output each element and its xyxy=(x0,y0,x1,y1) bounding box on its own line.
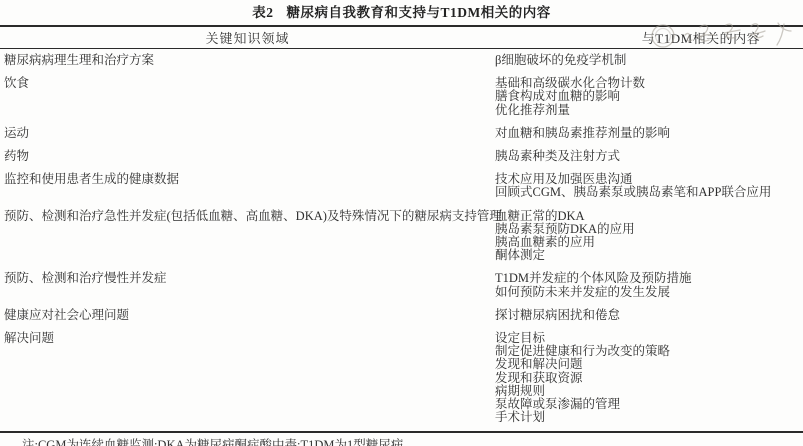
content-cell: β细胞破坏的免疫学机制 xyxy=(495,54,803,67)
table-row: 解决问题 设定目标 制定促进健康和行为改变的策略 发现和解决问题 发现和获取资源… xyxy=(0,322,803,424)
table-row: 糖尿病病理生理和治疗方案 β细胞破坏的免疫学机制 xyxy=(0,49,803,67)
content-cell: T1DM并发症的个体风险及预防措施 如何预防未来并发症的发生发展 xyxy=(495,272,803,298)
knowledge-area-cell: 解决问题 xyxy=(0,332,495,424)
content-line: 如何预防未来并发症的发生发展 xyxy=(495,286,803,299)
content-line: 优化推荐剂量 xyxy=(495,104,803,117)
knowledge-area-cell: 药物 xyxy=(0,150,495,163)
table-footnote: 注:CGM为连续血糖监测;DKA为糖尿病酮症酸中毒;T1DM为1型糖尿病 xyxy=(0,433,803,446)
content-line: 对血糖和胰岛素推荐剂量的影响 xyxy=(495,127,803,140)
content-line: 膳食构成对血糖的影响 xyxy=(495,90,803,103)
content-cell: 血糖正常的DKA 胰岛素泵预防DKA的应用 胰高血糖素的应用 酮体测定 xyxy=(495,210,803,263)
table-header-row: 关键知识领域 与T1DM相关的内容 xyxy=(0,27,803,49)
paper-page: 表2糖尿病自我教育和支持与T1DM相关的内容 关键知识领域 与T1DM相关的内容… xyxy=(0,0,803,446)
knowledge-area-cell: 糖尿病病理生理和治疗方案 xyxy=(0,54,495,67)
knowledge-area-cell: 健康应对社会心理问题 xyxy=(0,309,495,322)
content-cell: 对血糖和胰岛素推荐剂量的影响 xyxy=(495,127,803,140)
table-row: 预防、检测和治疗急性并发症(包括低血糖、高血糖、DKA)及特殊情况下的糖尿病支持… xyxy=(0,200,803,263)
table: 关键知识领域 与T1DM相关的内容 糖尿病病理生理和治疗方案 β细胞破坏的免疫学… xyxy=(0,25,803,433)
content-line: 发现和解决问题 xyxy=(495,358,803,371)
table-row: 健康应对社会心理问题 探讨糖尿病困扰和倦怠 xyxy=(0,299,803,322)
column-header-knowledge-area: 关键知识领域 xyxy=(0,28,495,47)
content-cell: 设定目标 制定促进健康和行为改变的策略 发现和解决问题 发现和获取资源 病期规则… xyxy=(495,332,803,424)
knowledge-area-cell: 预防、检测和治疗急性并发症(包括低血糖、高血糖、DKA)及特殊情况下的糖尿病支持… xyxy=(0,210,495,263)
content-line: 手术计划 xyxy=(495,411,803,424)
content-line: 回顾式CGM、胰岛素泵或胰岛素笔和APP联合应用 xyxy=(495,186,803,199)
table-row: 监控和使用患者生成的健康数据 技术应用及加强医患沟通 回顾式CGM、胰岛素泵或胰… xyxy=(0,163,803,199)
content-line: 酮体测定 xyxy=(495,249,803,262)
table-row: 运动 对血糖和胰岛素推荐剂量的影响 xyxy=(0,117,803,140)
content-line: β细胞破坏的免疫学机制 xyxy=(495,54,803,67)
content-line: 探讨糖尿病困扰和倦怠 xyxy=(495,309,803,322)
knowledge-area-cell: 饮食 xyxy=(0,77,495,117)
content-cell: 探讨糖尿病困扰和倦怠 xyxy=(495,309,803,322)
content-line: T1DM并发症的个体风险及预防措施 xyxy=(495,272,803,285)
content-cell: 胰岛素种类及注射方式 xyxy=(495,150,803,163)
content-line: 胰岛素种类及注射方式 xyxy=(495,150,803,163)
content-cell: 技术应用及加强医患沟通 回顾式CGM、胰岛素泵或胰岛素笔和APP联合应用 xyxy=(495,173,803,199)
table-row: 预防、检测和治疗慢性并发症 T1DM并发症的个体风险及预防措施 如何预防未来并发… xyxy=(0,262,803,298)
column-header-t1dm-content-label: 与T1DM相关的内容 xyxy=(642,31,760,46)
table-body: 糖尿病病理生理和治疗方案 β细胞破坏的免疫学机制 饮食 基础和高级碳水化合物计数… xyxy=(0,49,803,431)
column-header-t1dm-content: 与T1DM相关的内容 xyxy=(495,28,803,47)
table-caption-text: 糖尿病自我教育和支持与T1DM相关的内容 xyxy=(287,5,551,20)
table-caption: 表2糖尿病自我教育和支持与T1DM相关的内容 xyxy=(0,0,803,25)
knowledge-area-cell: 监控和使用患者生成的健康数据 xyxy=(0,173,495,199)
content-line: 发现和获取资源 xyxy=(495,372,803,385)
table-row: 饮食 基础和高级碳水化合物计数 膳食构成对血糖的影响 优化推荐剂量 xyxy=(0,67,803,117)
content-line: 血糖正常的DKA xyxy=(495,210,803,223)
knowledge-area-cell: 预防、检测和治疗慢性并发症 xyxy=(0,272,495,298)
table-number: 表2 xyxy=(252,5,273,20)
content-cell: 基础和高级碳水化合物计数 膳食构成对血糖的影响 优化推荐剂量 xyxy=(495,77,803,117)
table-row: 药物 胰岛素种类及注射方式 xyxy=(0,140,803,163)
knowledge-area-cell: 运动 xyxy=(0,127,495,140)
